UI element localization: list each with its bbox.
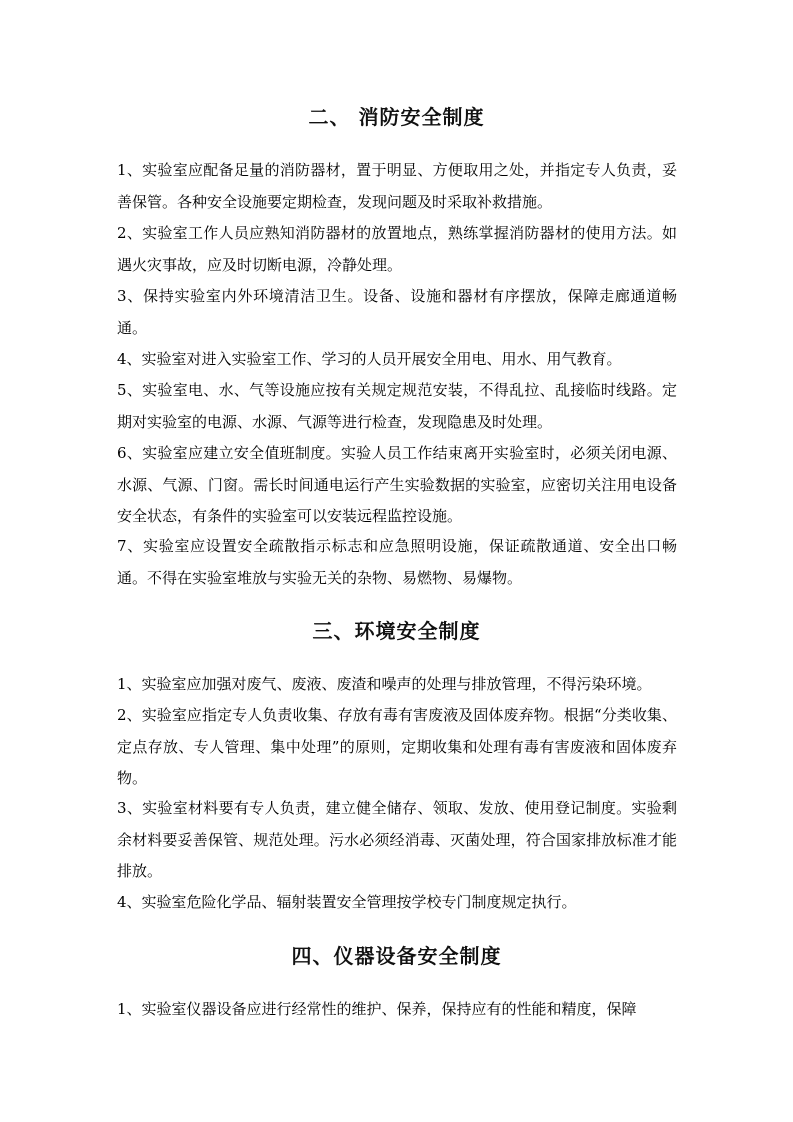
fire-safety-item-4: 4、实验室对进入实验室工作、学习的人员开展安全用电、用水、用气教育。: [117, 344, 677, 376]
section-heading-environment-safety: 三、环境安全制度: [0, 617, 793, 645]
fire-safety-item-1: 1、实验室应配备足量的消防器材，置于明显、方便取用之处，并指定专人负责，妥善保管…: [117, 155, 677, 218]
environment-safety-item-4: 4、实验室危险化学品、辐射装置安全管理按学校专门制度规定执行。: [117, 887, 677, 919]
equipment-safety-item-1: 1、实验室仪器设备应进行经常性的维护、保养，保持应有的性能和精度，保障: [117, 994, 677, 1026]
fire-safety-item-5: 5、实验室电、水、气等设施应按有关规定规范安装，不得乱拉、乱接临时线路。定期对实…: [117, 375, 677, 438]
environment-safety-item-3: 3、实验室材料要有专人负责，建立健全储存、领取、发放、使用登记制度。实验剩余材料…: [117, 793, 677, 888]
document-page: 二、 消防安全制度 1、实验室应配备足量的消防器材，置于明显、方便取用之处，并指…: [0, 0, 793, 1122]
environment-safety-item-1: 1、实验室应加强对废气、废液、废渣和噪声的处理与排放管理，不得污染环境。: [117, 669, 677, 701]
fire-safety-item-7: 7、实验室应设置安全疏散指示标志和应急照明设施，保证疏散通道、安全出口畅通。不得…: [117, 531, 677, 594]
environment-safety-item-2: 2、实验室应指定专人负责收集、存放有毒有害废液及固体废弃物。根据“分类收集、定点…: [117, 700, 677, 795]
fire-safety-item-3: 3、保持实验室内外环境清洁卫生。设备、设施和器材有序摆放，保障走廊通道畅通。: [117, 281, 677, 344]
section-heading-equipment-safety: 四、仪器设备安全制度: [0, 942, 793, 970]
fire-safety-item-2: 2、实验室工作人员应熟知消防器材的放置地点，熟练掌握消防器材的使用方法。如遇火灾…: [117, 218, 677, 281]
section-heading-fire-safety: 二、 消防安全制度: [0, 103, 793, 131]
fire-safety-item-6: 6、实验室应建立安全值班制度。实验人员工作结束离开实验室时，必须关闭电源、水源、…: [117, 438, 677, 533]
